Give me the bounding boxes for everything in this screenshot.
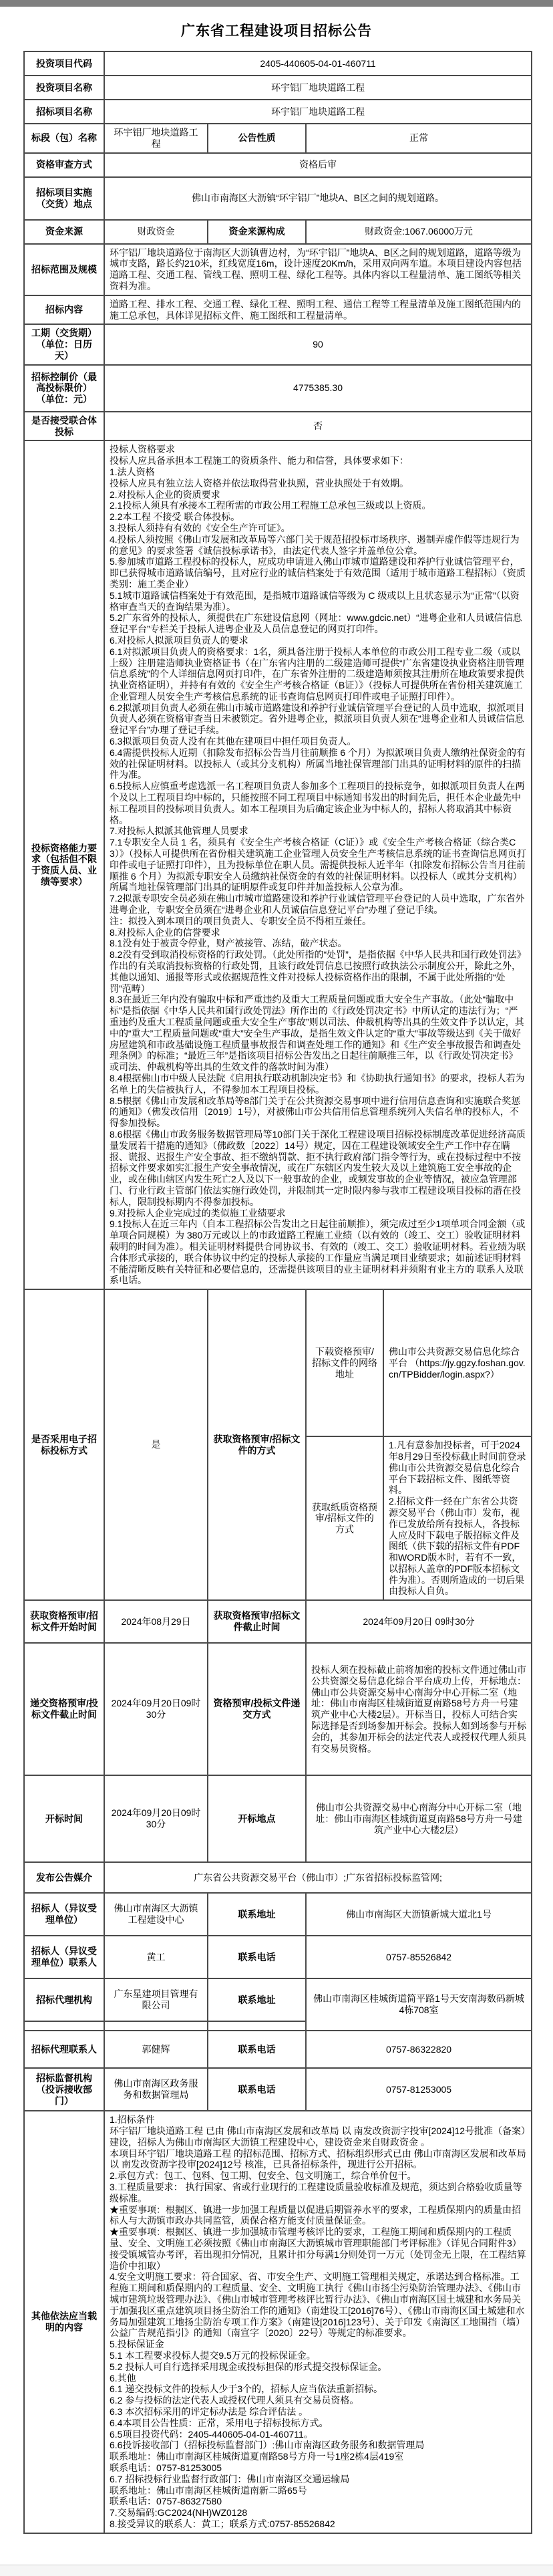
other-paragraph: 6.2 参与投标的法定代表人或授权代理人须具有交易员资格。 bbox=[110, 2395, 526, 2406]
submit-method-value: 投标人须在投标截止前将加密的投标文件通过佛山市公共资源交易信息化综合平台成功上传… bbox=[306, 1643, 532, 1775]
qualification-paragraph: 投标人应具备承担本工程施工的资质条件、能力和信誉，具体要求如下： bbox=[110, 455, 526, 467]
qualification-paragraph: 6.2拟派项目负责人必须在佛山市城市道路建设和养护行业诚信管理平台登记的人员中选… bbox=[110, 702, 526, 736]
qualification-paragraph: 8.对投标人企业的信誉要求 bbox=[110, 927, 526, 938]
obtain-end-label: 获取资格预审/招标文件截止时间 bbox=[208, 1600, 306, 1643]
funding-comp-value: 财政资金:1067.06000万元 bbox=[306, 220, 532, 244]
row-obtain-time: 获取资格预审/招标文件开始时间 2024年08月29日 获取资格预审/招标文件截… bbox=[24, 1600, 532, 1643]
row-section: 标段（包）名称 环宇铝厂地块道路工程 公告性质 正常 bbox=[24, 124, 532, 153]
footer-divider bbox=[0, 2565, 553, 2576]
invest-name-label: 投资项目名称 bbox=[24, 76, 104, 100]
other-paragraph: ★重要事项：根据区、镇进一步加强工程质量以促进后期管养水平的要求，工程质保期内的… bbox=[110, 2204, 526, 2227]
spacer-cell bbox=[104, 2021, 208, 2031]
other-paragraph: 联系电话：0757-86327580 bbox=[110, 2496, 526, 2507]
tender-name-label: 招标项目名称 bbox=[24, 100, 104, 124]
row-agency-contact: 招标代理联系人 郭健辉 联系电话 0757-86322820 bbox=[24, 2031, 532, 2068]
row-content: 招标内容 道路工程、排水工程、交通工程、绿化工程、照明工程、通信工程等工程量清单… bbox=[24, 295, 532, 325]
supervisor-tel-label: 联系电话 bbox=[208, 2068, 306, 2111]
agency-addr-label: 联系地址 bbox=[208, 1978, 306, 2021]
page-title: 广东省工程建设项目招标公告 bbox=[0, 20, 553, 40]
tenderer-label: 招标人（异议受理单位） bbox=[24, 1893, 104, 1936]
qualification-paragraph: 6.4需提供投标人近期（扣除发布招标公告当月往前顺推 6 个月）为拟派项目负责人… bbox=[110, 747, 526, 781]
download-url-label: 下载资格预审/招标文件的网络地址 bbox=[306, 1289, 383, 1436]
qualification-paragraph: 2.对投标人企业的资质要求 bbox=[110, 489, 526, 501]
other-paragraph: 5.1 本工程要求投标人提交9.5万元的投标保证金。 bbox=[110, 2350, 526, 2361]
other-paragraph: 本项目环宇铝厂地块道路工程 的招标范围、招标方式、招标组织形式已由 佛山市南海区… bbox=[110, 2148, 526, 2171]
download-url-value: 佛山市公共资源交易信息化综合平台 （https://jy.ggzy.foshan… bbox=[383, 1289, 532, 1436]
row-funding: 资金来源 财政资金 资金来源构成 财政资金:1067.06000万元 bbox=[24, 220, 532, 244]
other-paragraph: 7.交易编码:GC2024(NH)WZ0128 bbox=[110, 2507, 526, 2519]
qualification-paragraph: 4.投标人须按照《佛山市发展和改革局等六部门关于规范招投标市场秩序、遏制弄虚作假… bbox=[110, 534, 526, 557]
agency-addr-value: 佛山市南海区桂城街道简平路1号天安南海数码新城4栋708室 bbox=[306, 1978, 532, 2031]
tenderer-addr-value: 佛山市南海区大沥镇新城大道北1号 bbox=[306, 1893, 532, 1936]
qualification-paragraph: 8.2没有受到取消投标资格的行政处罚。（此处所指的“处罚”，是指依据《中华人民共… bbox=[110, 949, 526, 994]
row-project-code: 投资项目代码 2405-440605-04-01-460711 bbox=[24, 51, 532, 76]
tenderer-contact-value: 黄工 bbox=[104, 1936, 208, 1978]
row-qual-review: 资格审查方式 资格后审 bbox=[24, 153, 532, 177]
row-qualification: 投标资格能力要求（包括但不限于资质人员、业绩等要求） 投标人资格要求投标人应具备… bbox=[24, 440, 532, 1289]
obtain-start-value: 2024年08月29日 bbox=[104, 1600, 208, 1643]
qualification-paragraph: 2.1投标人须具有承接本工程所需的市政公用工程施工总承包三级或以上资质。 bbox=[110, 500, 526, 511]
row-ceiling-price: 招标控制价（最高投标限价）（单位：元） 4775385.30 bbox=[24, 365, 532, 412]
duration-value: 90 bbox=[104, 324, 532, 364]
electronic-value: 是 bbox=[104, 1289, 208, 1600]
qualification-paragraph: 9.1投标人在近三年内（自本工程招标公告发出之日起往前顺推），须完成过至少1项单… bbox=[110, 1218, 526, 1286]
other-paragraph: 环宇铝厂地块道路工程 已由 佛山市南海区发展和改革局 以 南发改资沥字投审[20… bbox=[110, 2126, 526, 2148]
qualification-paragraph: 3.投标人须持有有效的《安全生产许可证》。 bbox=[110, 523, 526, 534]
funding-label: 资金来源 bbox=[24, 220, 104, 244]
spacer-cell bbox=[208, 2021, 306, 2031]
qualification-paragraph: 8.5根据《佛山市发展和改革局等8部门关于在公共资源交易事项中进行信用信息查询和… bbox=[110, 1096, 526, 1129]
row-supervisor: 招标监督机构（投诉接收部门） 佛山市南海区政务服务和数据管理局 联系电话 075… bbox=[24, 2068, 532, 2111]
other-paragraph: 5.2 投标人可自行选择采用现金或投标担保的形式提交投标保证金。 bbox=[110, 2361, 526, 2373]
other-paragraph: 联系电话：0757-81253005 bbox=[110, 2462, 526, 2474]
row-opening: 开标时间 2024年09月20日09时30分 开标地点 佛山市公共资源交易中心南… bbox=[24, 1775, 532, 1862]
other-paragraph: 1.招标条件 bbox=[110, 2114, 526, 2126]
other-label: 其他依法应当载明的内容 bbox=[24, 2111, 104, 2533]
qualification-paragraph: 7.对投标人拟派其他管理人员要求 bbox=[110, 825, 526, 837]
agency-value: 广东星建项目管理有限公司 bbox=[104, 1978, 208, 2021]
location-value: 佛山市南海区大沥镇“环宇铝厂”地块A、B区之间的规划道路。 bbox=[104, 177, 532, 220]
qualification-paragraph: 9.对投标人企业完成过的类似施工业绩要求 bbox=[110, 1208, 526, 1219]
row-tenderer-contact: 招标人（异议受理单位）联系人 黄工 联系电话 0757-85526842 bbox=[24, 1936, 532, 1978]
qualification-paragraph: 8.6根据《佛山市政务服务数据管理局等10部门关于深化工程建设项目招标投标制度改… bbox=[110, 1129, 526, 1208]
row-location: 招标项目实施（交货）地点 佛山市南海区大沥镇“环宇铝厂”地块A、B区之间的规划道… bbox=[24, 177, 532, 220]
row-electronic-top: 是否采用电子招标投标方式 是 获取资格预审/招标文件的方式 下载资格预审/招标文… bbox=[24, 1289, 532, 1436]
agency-contact-label: 招标代理联系人 bbox=[24, 2031, 104, 2068]
row-scope: 招标范围及规模 环宇铝厂地块道路位于南海区大沥镇曹边村，为“环宇铝厂”地块A、B… bbox=[24, 244, 532, 295]
opening-time-value: 2024年09月20日09时30分 bbox=[104, 1775, 208, 1862]
qualification-paragraph: 7.2拟派专职安全员必须在佛山市城市道路建设和养护行业诚信管理平台登记的人员中选… bbox=[110, 893, 526, 916]
media-value: 广东省公共资源交易平台（佛山市）;广东省招标投标监管网; bbox=[104, 1862, 532, 1893]
other-paragraph: 4.安全文明施工要求：符合国家、省、市安全生产、文明施工管理相关规定，承诺达到合… bbox=[110, 2271, 526, 2339]
tenderer-addr-label: 联系地址 bbox=[208, 1893, 306, 1936]
qualification-paragraph: 6.5投标人应慎重考虑选派一名工程项目负责人参加多个工程项目的投标竞争，如拟派项… bbox=[110, 781, 526, 825]
qualification-paragraph: 5.1城市道路诚信档案处于有效范围，是指城市道路诚信等级为 C 级或以上且状态显… bbox=[110, 590, 526, 613]
qualification-paragraph: 5.参加城市道路工程投标的投标人，应成功申请进入佛山市城市道路建设和养护行业诚信… bbox=[110, 556, 526, 590]
spacer-cell bbox=[24, 2021, 104, 2031]
other-paragraph: 6.4本项目公告性质：正常，采用电子招标投标方式。 bbox=[110, 2418, 526, 2429]
qualification-paragraph: 6.3拟派项目负责人没有在其他在建项目中担任项目负责人。 bbox=[110, 736, 526, 747]
other-paragraph: 6.6投诉接收部门（招标投标监督部门）:佛山市南海区政务服务和数据管理局 bbox=[110, 2440, 526, 2451]
submit-deadline-value: 2024年09月20日09时30分 bbox=[104, 1643, 208, 1775]
other-paragraph: 5.投标保证金 bbox=[110, 2339, 526, 2350]
notice-nature-value: 正常 bbox=[306, 124, 532, 153]
tender-announcement-table: 投资项目代码 2405-440605-04-01-460711 投资项目名称 环… bbox=[23, 51, 532, 2534]
invest-name-value: 环宇铝厂地块道路工程 bbox=[104, 76, 532, 100]
funding-value: 财政资金 bbox=[104, 220, 208, 244]
qualification-paragraph: 6.1对拟派项目负责人的资格要求：1名，须具备注册于投标人本单位的市政公用工程专… bbox=[110, 646, 526, 702]
supervisor-label: 招标监督机构（投诉接收部门） bbox=[24, 2068, 104, 2111]
opening-place-value: 佛山市公共资源交易中心南海分中心开标二室（地址：佛山市南海区桂城街道夏南路58号… bbox=[306, 1775, 532, 1862]
row-submit: 递交资格预审/投标文件截止时间 2024年09月20日09时30分 资格预审/投… bbox=[24, 1643, 532, 1775]
project-code-label: 投资项目代码 bbox=[24, 51, 104, 76]
ceiling-price-label: 招标控制价（最高投标限价）（单位：元） bbox=[24, 365, 104, 412]
obtain-end-value: 2024年09月20日 09时30分 bbox=[306, 1600, 532, 1643]
qualification-paragraph: 投标人资格要求 bbox=[110, 444, 526, 455]
qual-review-label: 资格审查方式 bbox=[24, 153, 104, 177]
qualification-paragraph: 2.2本工程 不接受 联合体投标。 bbox=[110, 511, 526, 523]
obtain-start-label: 获取资格预审/招标文件开始时间 bbox=[24, 1600, 104, 1643]
electronic-label: 是否采用电子招标投标方式 bbox=[24, 1289, 104, 1600]
paper-method-value: 1.凡有意参加投标者，可于2024年8月29日至投标截止时间前登录佛山市公共资源… bbox=[383, 1436, 532, 1600]
qualification-paragraph: 6.对投标人拟派项目负责人的要求 bbox=[110, 635, 526, 646]
other-paragraph: 6.3 本次招标采用的评定标办法是 综合评估法 。 bbox=[110, 2406, 526, 2418]
qualification-paragraph: 投标人应具有独立法人资格并依法取得营业执照，营业执照处于有效期。 bbox=[110, 478, 526, 489]
other-paragraph: 8.接受异议的联系人：黄工；联系方式:0757-85526842 bbox=[110, 2519, 526, 2530]
ceiling-price-value: 4775385.30 bbox=[104, 365, 532, 412]
paper-method-paragraph: 2.招标文件一经在广东省公共资源交易平台（佛山市）发布，视作已发放给所有投标人，… bbox=[389, 1496, 526, 1597]
row-other: 其他依法应当载明的内容 1.招标条件环宇铝厂地块道路工程 已由 佛山市南海区发展… bbox=[24, 2111, 532, 2533]
other-paragraph: 联系地址：佛山市南海区桂城街道夏南路58号方舟一号1座2栋4层419室 bbox=[110, 2451, 526, 2462]
qualification-paragraph: 注：拟投入到本项目的项目负责人、专职安全员不得相互兼任。 bbox=[110, 916, 526, 927]
consortium-label: 是否接受联合体投标 bbox=[24, 412, 104, 441]
agency-label: 招标代理机构 bbox=[24, 1978, 104, 2021]
other-paragraph: 2.承包方式：包工、包料、包工期、包安全、包文明施工，综合单价包干。 bbox=[110, 2170, 526, 2182]
section-label: 标段（包）名称 bbox=[24, 124, 104, 153]
qualification-paragraph: 1.法人资格 bbox=[110, 467, 526, 478]
duration-label: 工期（交货期）（单位：日历天） bbox=[24, 324, 104, 364]
row-invest-name: 投资项目名称 环宇铝厂地块道路工程 bbox=[24, 76, 532, 100]
row-tender-name: 招标项目名称 环宇铝厂地块道路工程 bbox=[24, 100, 532, 124]
row-agency: 招标代理机构 广东星建项目管理有限公司 联系地址 佛山市南海区桂城街道简平路1号… bbox=[24, 1978, 532, 2021]
location-label: 招标项目实施（交货）地点 bbox=[24, 177, 104, 220]
row-media: 发布公告媒介 广东省公共资源交易平台（佛山市）;广东省招标投标监管网; bbox=[24, 1862, 532, 1893]
qualification-label: 投标资格能力要求（包括但不限于资质人员、业绩等要求） bbox=[24, 440, 104, 1289]
supervisor-tel-value: 0757-81253005 bbox=[306, 2068, 532, 2111]
other-paragraph: 3.工程质量要求： 执行国家、省或行业现行的工程建设质量验收标准及规范，须达到合… bbox=[110, 2182, 526, 2204]
tenderer-contact-label: 招标人（异议受理单位）联系人 bbox=[24, 1936, 104, 1978]
other-paragraph: 6.1 递交投标文件的投标人少于3个的，招标人应当依法重新招标。 bbox=[110, 2384, 526, 2395]
other-paragraph: ★重要事项：根据区、镇进一步加强城市管理考核评比的要求，工程施工期间和质保期内的… bbox=[110, 2226, 526, 2271]
other-paragraph: 6.7 招标投标行业监督行政部门：佛山市南海区交通运输局 bbox=[110, 2474, 526, 2485]
content-label: 招标内容 bbox=[24, 295, 104, 325]
opening-place-label: 开标地点 bbox=[208, 1775, 306, 1862]
qual-review-value: 资格后审 bbox=[104, 153, 532, 177]
other-paragraph: 6.其他 bbox=[110, 2373, 526, 2384]
obtain-method-label: 获取资格预审/招标文件的方式 bbox=[208, 1289, 306, 1600]
qualification-paragraph: 7.1专职安全人员 1 名，须具有《安全生产考核合格证（C证）》或《安全生产考核… bbox=[110, 837, 526, 893]
agency-tel-label: 联系电话 bbox=[208, 2031, 306, 2068]
qualification-paragraph: 5.2广东省外的投标人，须提供在广东建设信息网（网址：www.gdcic.net… bbox=[110, 612, 526, 635]
submit-deadline-label: 递交资格预审/投标文件截止时间 bbox=[24, 1643, 104, 1775]
agency-tel-value: 0757-86322820 bbox=[306, 2031, 532, 2068]
consortium-value: 否 bbox=[104, 412, 532, 441]
notice-nature-label: 公告性质 bbox=[208, 124, 306, 153]
funding-comp-label: 资金来源构成 bbox=[208, 220, 306, 244]
other-paragraph: 6.5项目投资代码：2405-440605-04-01-460711。 bbox=[110, 2429, 526, 2440]
supervisor-value: 佛山市南海区政务服务和数据管理局 bbox=[104, 2068, 208, 2111]
media-label: 发布公告媒介 bbox=[24, 1862, 104, 1893]
qualification-paragraph: 8.4根据佛山市中级人民法院《启用执行联动机制决定书》和《协助执行通知书》的要求… bbox=[110, 1073, 526, 1096]
section-value: 环宇铝厂地块道路工程 bbox=[104, 124, 208, 153]
paper-method-paragraph: 1.凡有意参加投标者，可于2024年8月29日至投标截止时间前登录佛山市公共资源… bbox=[389, 1440, 526, 1496]
paper-method-label: 获取纸质资格预审/招标文件的方式 bbox=[306, 1436, 383, 1600]
row-tenderer: 招标人（异议受理单位） 佛山市南海区大沥镇工程建设中心 联系地址 佛山市南海区大… bbox=[24, 1893, 532, 1936]
other-paragraph: 联系地址：佛山市南海区桂城街道南新二路65号 bbox=[110, 2485, 526, 2496]
opening-time-label: 开标时间 bbox=[24, 1775, 104, 1862]
tenderer-tel-label: 联系电话 bbox=[208, 1936, 306, 1978]
tenderer-value: 佛山市南海区大沥镇工程建设中心 bbox=[104, 1893, 208, 1936]
other-text: 1.招标条件环宇铝厂地块道路工程 已由 佛山市南海区发展和改革局 以 南发改资沥… bbox=[104, 2111, 532, 2533]
row-duration: 工期（交货期）（单位：日历天） 90 bbox=[24, 324, 532, 364]
top-gray-strip bbox=[0, 0, 553, 7]
qualification-paragraph: 8.1没有处于被责令停业，财产被接管、冻结，破产状态。 bbox=[110, 938, 526, 949]
qualification-text: 投标人资格要求投标人应具备承担本工程施工的资质条件、能力和信誉，具体要求如下：1… bbox=[104, 440, 532, 1289]
project-code-value: 2405-440605-04-01-460711 bbox=[104, 51, 532, 76]
scope-value: 环宇铝厂地块道路位于南海区大沥镇曹边村，为“环宇铝厂”地块A、B区之间的规划道路… bbox=[104, 244, 532, 295]
scope-label: 招标范围及规模 bbox=[24, 244, 104, 295]
content-value: 道路工程、排水工程、交通工程、绿化工程、照明工程、通信工程等工程量清单及施工图纸… bbox=[104, 295, 532, 325]
agency-contact-value: 郭健辉 bbox=[104, 2031, 208, 2068]
row-consortium: 是否接受联合体投标 否 bbox=[24, 412, 532, 441]
submit-method-label: 资格预审/投标文件递交方式 bbox=[208, 1643, 306, 1775]
tender-name-value: 环宇铝厂地块道路工程 bbox=[104, 100, 532, 124]
qualification-paragraph: 8.3在最近三年内没有骗取中标和严重违约及重大工程质量问题或重大安全生产事故。（… bbox=[110, 994, 526, 1073]
tenderer-tel-value: 0757-85526842 bbox=[306, 1936, 532, 1978]
